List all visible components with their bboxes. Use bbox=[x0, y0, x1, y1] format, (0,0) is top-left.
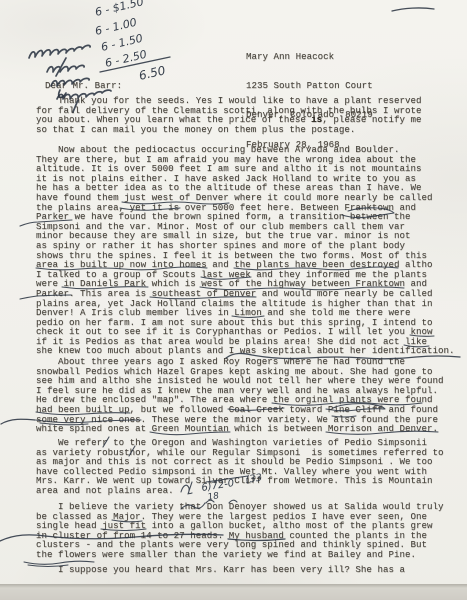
handwritten-scribble-word-1 bbox=[29, 45, 90, 58]
handwritten-total: 6.50 bbox=[138, 63, 168, 83]
underline-like bbox=[404, 345, 429, 347]
underline-know bbox=[410, 335, 434, 336]
underline-just-west-of-denver bbox=[122, 202, 229, 204]
underline-green-mountian bbox=[150, 432, 230, 435]
underline-just-fit bbox=[101, 529, 146, 531]
underline-morrison-and-denver bbox=[326, 431, 438, 434]
wavy-mark-the-flowers bbox=[24, 561, 94, 566]
underline-had-been-built-up bbox=[36, 412, 130, 415]
underline-franktown bbox=[342, 208, 394, 218]
handwritten-scribble-word-2 bbox=[47, 58, 84, 76]
mark-also bbox=[332, 416, 356, 417]
slash-robusthor bbox=[129, 446, 135, 456]
scanned-letter-page: Mary Ann Heacock 1235 South Patton Court… bbox=[0, 0, 467, 600]
handwritten-quotient: (33 bbox=[245, 472, 263, 485]
margin-swoosh-some-very bbox=[1, 419, 35, 424]
underline-southeast-of-denver bbox=[150, 297, 256, 299]
slash-referr bbox=[103, 437, 109, 447]
underline-parker-1 bbox=[20, 220, 72, 226]
underline-last-week bbox=[201, 277, 251, 279]
underline-limon bbox=[232, 316, 264, 318]
strike-cluster-of-heads bbox=[0, 534, 285, 541]
handwritten-price-1: 6 - $1.50 bbox=[94, 0, 145, 19]
math-scribble bbox=[181, 482, 192, 494]
circle-pine-cliff bbox=[326, 404, 385, 411]
strike-yet-it-is bbox=[120, 208, 180, 210]
strike-coal-creek bbox=[228, 408, 284, 410]
scan-bottom-edge bbox=[0, 584, 467, 600]
underline-area-built-up bbox=[36, 267, 207, 270]
underline-parker-2 bbox=[20, 295, 71, 299]
corner-pen-dash bbox=[392, 8, 434, 11]
underline-plants-destroyed bbox=[234, 267, 398, 270]
strike-some-very-nice-ones bbox=[36, 420, 141, 425]
pen-annotations-layer: 6 - $1.50 6 - 1.00 6 - 1.50 6 - 2.50 6.5… bbox=[0, 0, 467, 600]
underline-in-daniels-park bbox=[62, 287, 148, 289]
underline-west-of-highway-franktown bbox=[200, 287, 404, 290]
underline-skeptical-identification bbox=[226, 353, 460, 358]
underline-major bbox=[112, 520, 142, 522]
